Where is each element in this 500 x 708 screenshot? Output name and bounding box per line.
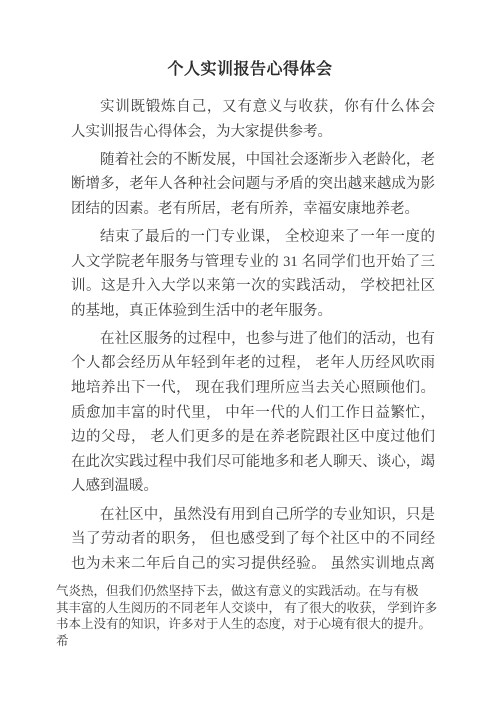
document-body: 实训既锻炼自己，又有意义与收获，你有什么体会呢？下面是 个人实训报告心得体会，为… [71,95,435,576]
document-title: 个人实训报告心得体会 [0,55,500,85]
text-line: 训。这是升入大学以来第一次的实践活动， 学校把社区作为实训学习 [71,274,435,299]
text-line: 个人都会经历从年轻到年老的过程， 老年人历经风吹雨打， 千辛万 苦 [71,351,435,376]
text-line: 结束了最后的一门专业课， 全校迎来了一年一度的夏季小学期， [71,225,435,250]
text-line: 在社区服务的过程中，也参与进了他们的活动，也有不少感触 每 [71,327,435,352]
text-line: 在社区中，虽然没有用到自己所学的专业知识，只是在社区中 充 [71,503,435,528]
text-line: 地培养出下一代， 现在我们理所应当去关心照顾他们。在今天这个 物 [71,376,435,401]
text-line: 随着社会的不断发展，中国社会逐渐步入老龄化，老年人口的 不 [71,148,435,173]
text-line-small: 其丰富的人生阅历的不同老年人交谈中， 有了很大的收获， 学到许多 [56,600,440,617]
document-page: 个人实训报告心得体会 实训既锻炼自己，又有意义与收获，你有什么体会呢？下面是 个… [0,0,500,708]
text-line-small: 气炎热，但我们仍然坚持下去，做这有意义的实践活动。在与有极 [56,583,440,600]
text-line: 人感到温暖。 [71,474,435,499]
document-tail-block: 气炎热，但我们仍然坚持下去，做这有意义的实践活动。在与有极其丰富的人生阅历的不同… [56,583,440,649]
text-line: 边的父母， 老人们更多的是在养老院跟社区中度过他们的老年时 光， [71,425,435,450]
text-line: 实训既锻炼自己，又有意义与收获，你有什么体会呢？下面是 个 [71,95,435,120]
text-line: 质愈加丰富的时代里， 中年一代的人们工作日益繁忙， 无暇顾及到 身 [71,401,435,426]
text-line: 人文学院老年服务与管理专业的 31 名同学们也开始了三个星期的实 [71,250,435,275]
text-line: 也为未来二年后自己的实习提供经验。 虽然实训地点离学校较远， 天 [71,552,435,577]
text-line: 断增多，老年人各种社会问题与矛盾的突出越来越成为影响社会安 定 [71,172,435,197]
text-line: 当了劳动者的职务， 但也感受到了每个社区中的不同经营跟服务模 式， [71,527,435,552]
text-line-small: 书本上没有的知识，许多对于人生的态度，对于心境有很大的提升。 希 [56,616,440,649]
text-line: 人实训报告心得体会，为大家提供参考。 [71,120,435,145]
text-line: 团结的因素。老有所居，老有所养，幸福安康地养老。 [71,197,435,222]
text-line: 在此次实践过程中我们尽可能地多和老人聊天、谈心，竭尽所能 使老 [71,450,435,475]
text-line: 的基地，真正体验到生活中的老年服务。 [71,299,435,324]
